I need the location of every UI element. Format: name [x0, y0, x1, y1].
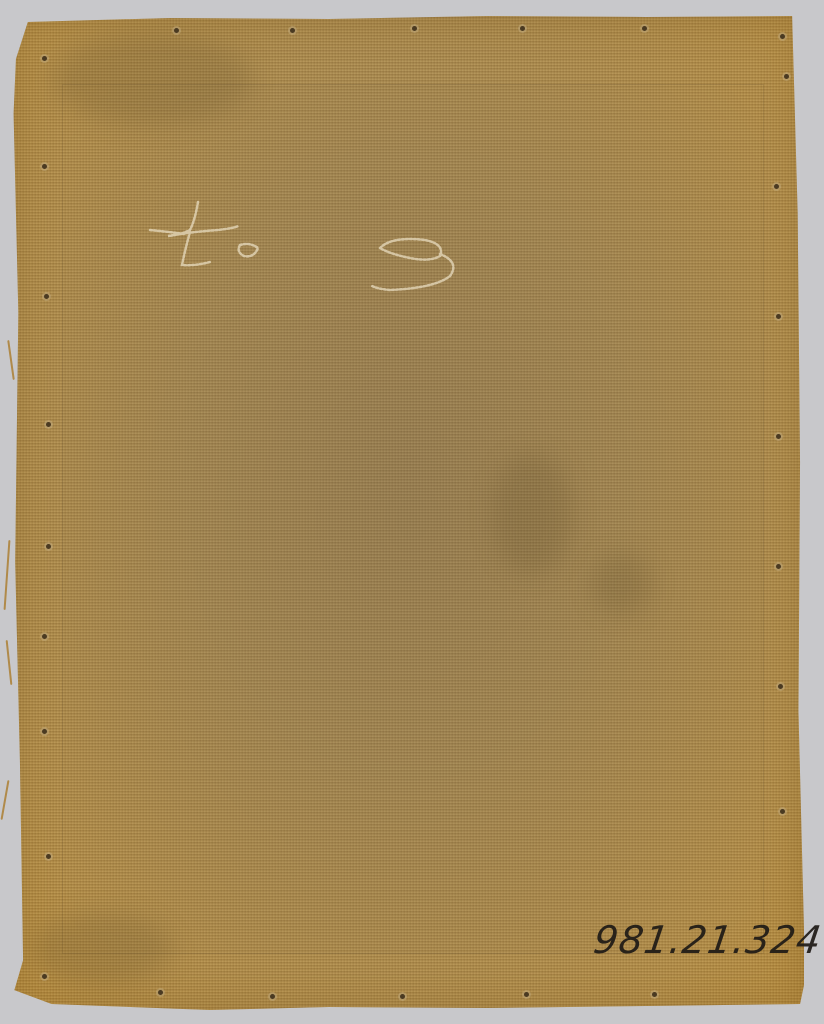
loose-thread	[1, 780, 10, 820]
tack-hole	[42, 56, 47, 61]
photo-scene: 981.21.324	[0, 0, 824, 1024]
tack-hole	[780, 34, 785, 39]
canvas-back	[12, 14, 804, 1010]
tack-hole	[42, 634, 47, 639]
tack-hole	[42, 974, 47, 979]
stain	[52, 34, 252, 124]
tack-hole	[776, 314, 781, 319]
tack-hole	[46, 422, 51, 427]
tack-hole	[290, 28, 295, 33]
loose-thread	[7, 340, 15, 380]
loose-thread	[6, 640, 13, 685]
tack-hole	[42, 729, 47, 734]
chalk-inscription	[140, 190, 500, 300]
tack-hole	[520, 26, 525, 31]
stain	[32, 914, 172, 984]
tack-hole	[400, 994, 405, 999]
accession-number: 981.21.324	[591, 918, 824, 962]
tack-hole	[780, 809, 785, 814]
stain	[592, 554, 652, 614]
stain	[492, 454, 572, 574]
tack-hole	[774, 184, 779, 189]
tack-hole	[776, 434, 781, 439]
tack-hole	[42, 164, 47, 169]
loose-thread	[4, 540, 11, 610]
tack-hole	[784, 74, 789, 79]
tack-hole	[776, 564, 781, 569]
tack-hole	[412, 26, 417, 31]
tack-hole	[642, 26, 647, 31]
tack-hole	[158, 990, 163, 995]
tack-hole	[46, 544, 51, 549]
tack-hole	[652, 992, 657, 997]
tack-hole	[778, 684, 783, 689]
tack-hole	[46, 854, 51, 859]
tack-hole	[174, 28, 179, 33]
tack-hole	[524, 992, 529, 997]
tack-hole	[44, 294, 49, 299]
tack-hole	[270, 994, 275, 999]
